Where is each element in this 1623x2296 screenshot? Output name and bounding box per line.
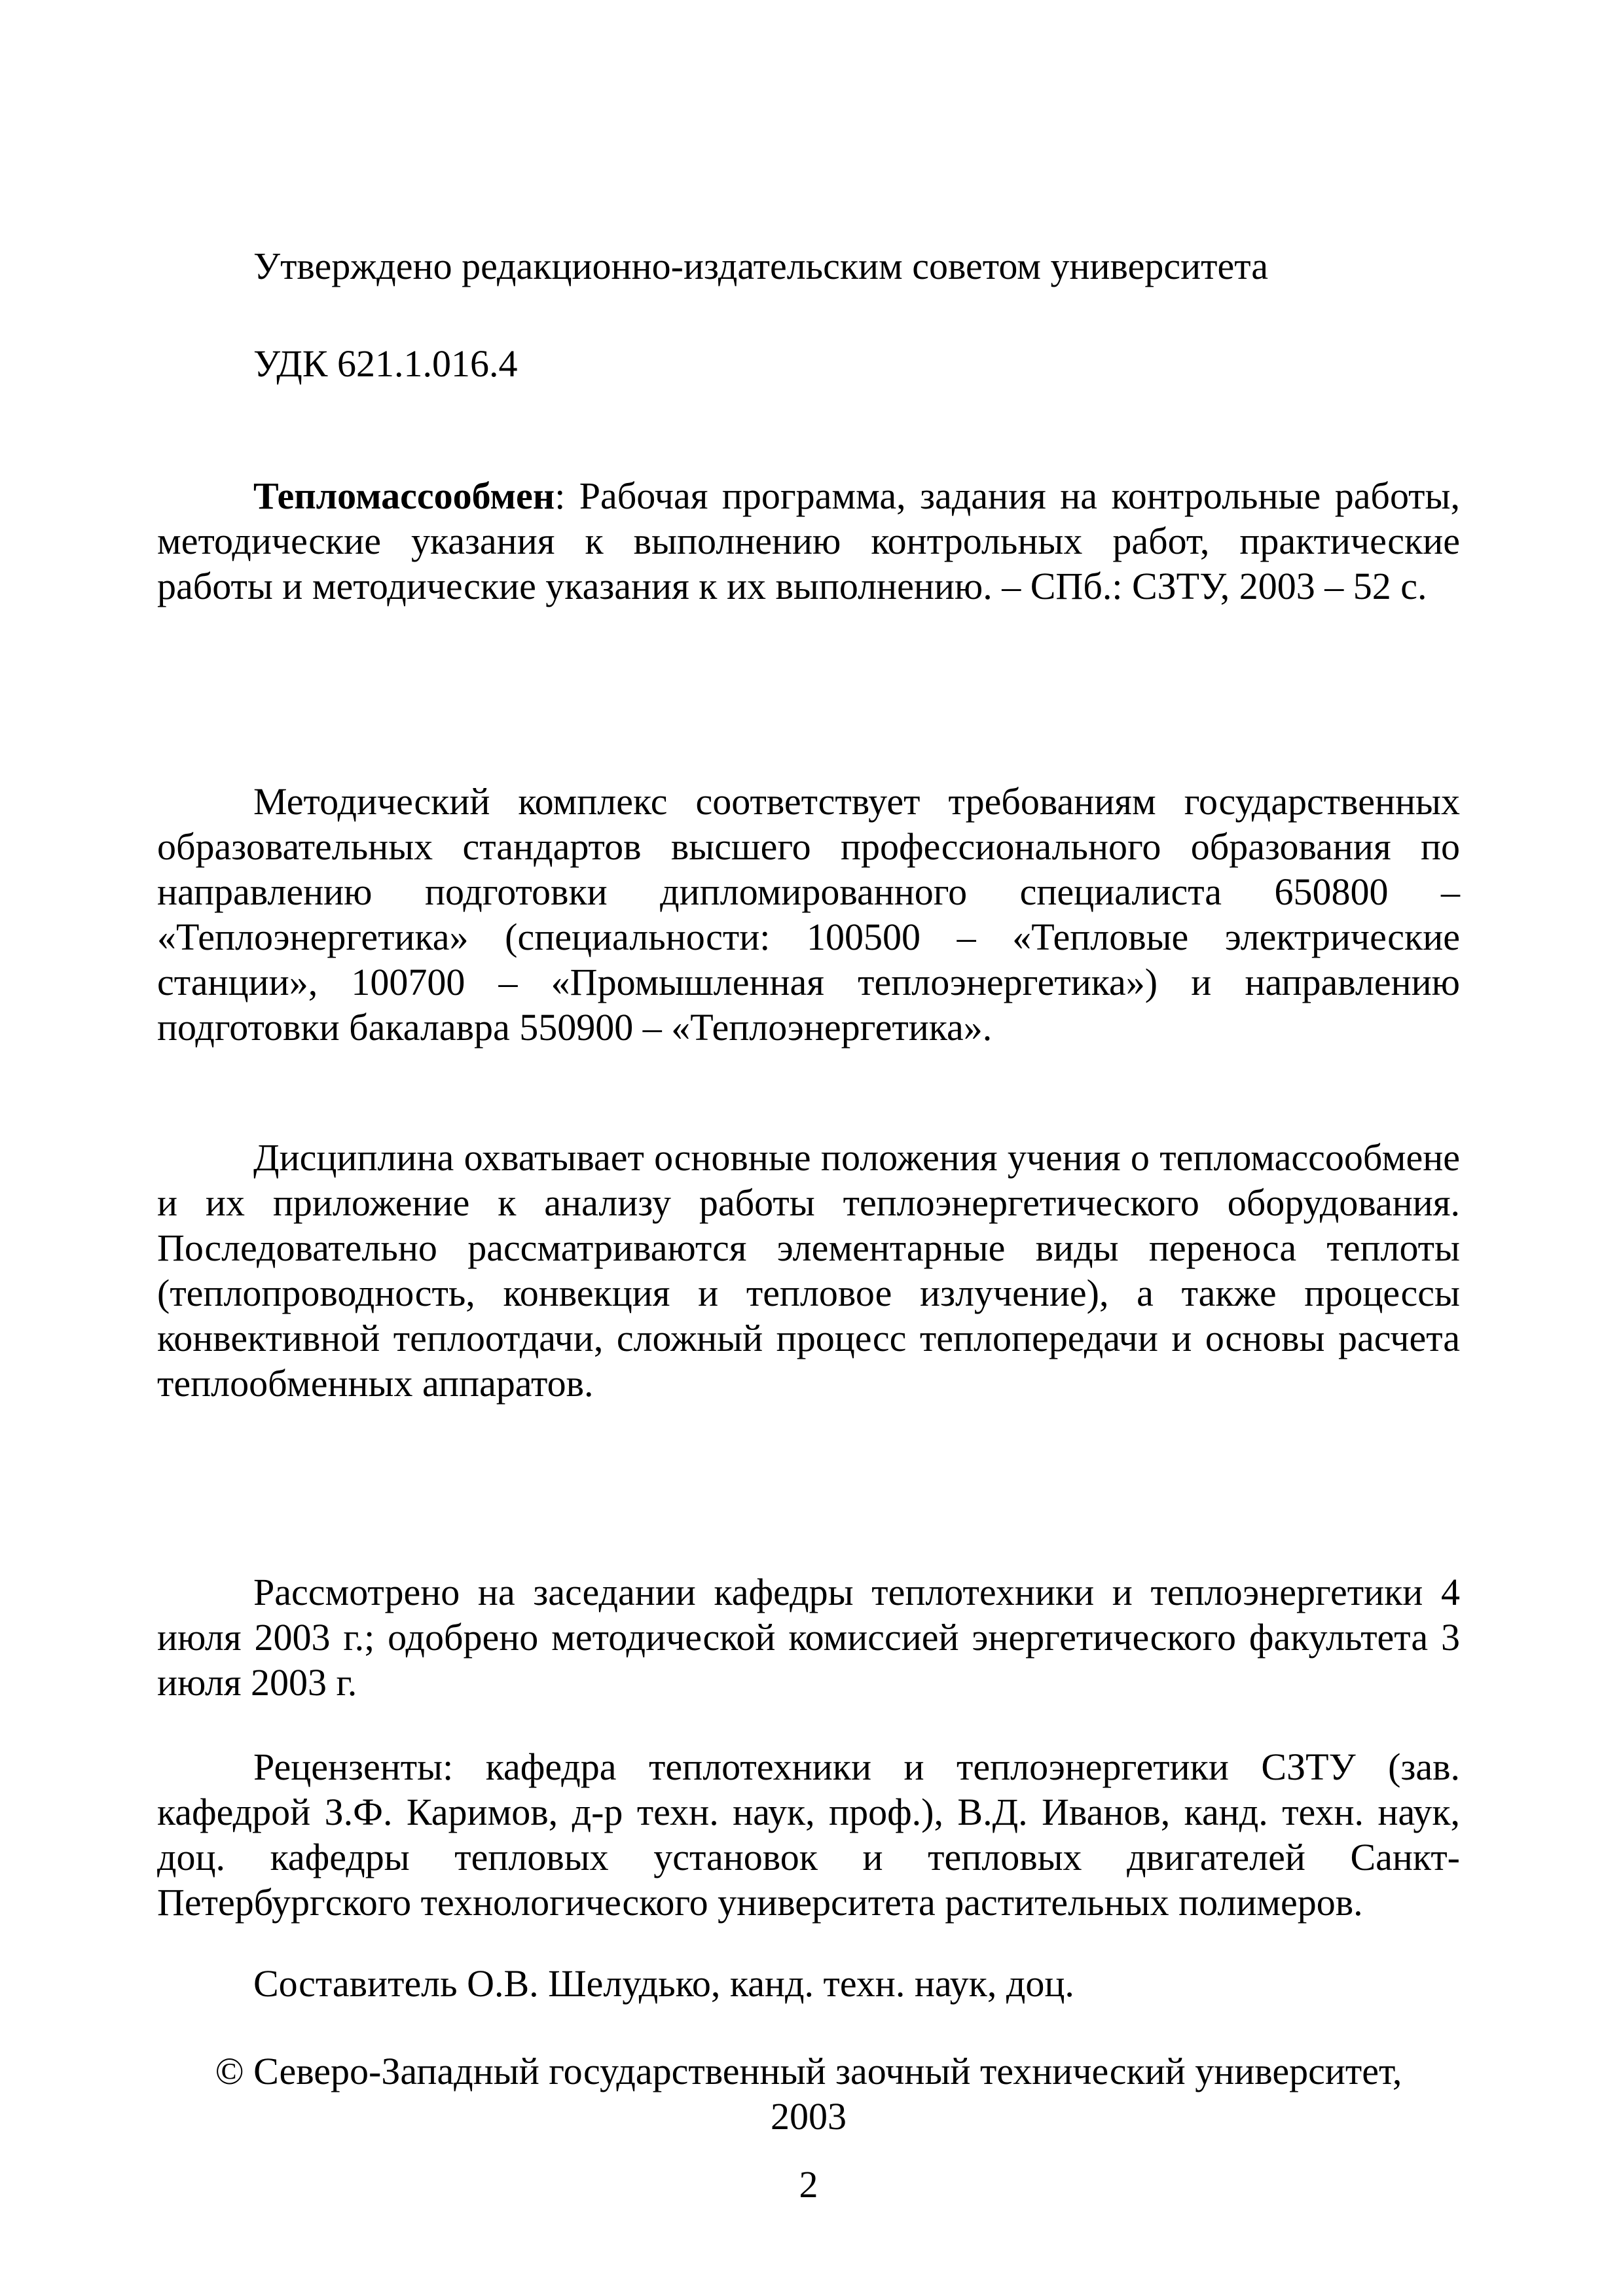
text-block: Утверждено редакционно-издательским сове… [157,243,1460,2207]
standards-paragraph: Методический комплекс соответствует треб… [157,779,1460,1050]
page-number: 2 [157,2162,1460,2207]
copyright-notice: © Северо-Западный государственный заочны… [157,2049,1460,2139]
approval-line: Утверждено редакционно-издательским сове… [157,243,1460,289]
reviewers-paragraph: Рецензенты: кафедра теплотехники и тепло… [157,1744,1460,1925]
compiler-line: Составитель О.В. Шелудько, канд. техн. н… [157,1961,1460,2006]
copyright-line: © Северо-Западный государственный заочны… [157,2049,1460,2094]
udc-code: УДК 621.1.016.4 [157,341,1460,386]
bibliographic-annotation: Тепломассообмен: Рабочая программа, зада… [157,473,1460,609]
discipline-paragraph: Дисциплина охватывает основные положения… [157,1135,1460,1406]
annotation-title: Тепломассообмен [253,475,555,517]
copyright-year: 2003 [157,2094,1460,2139]
review-note: Рассмотрено на заседании кафедры теплоте… [157,1570,1460,1705]
document-page: Утверждено редакционно-издательским сове… [0,0,1623,2296]
